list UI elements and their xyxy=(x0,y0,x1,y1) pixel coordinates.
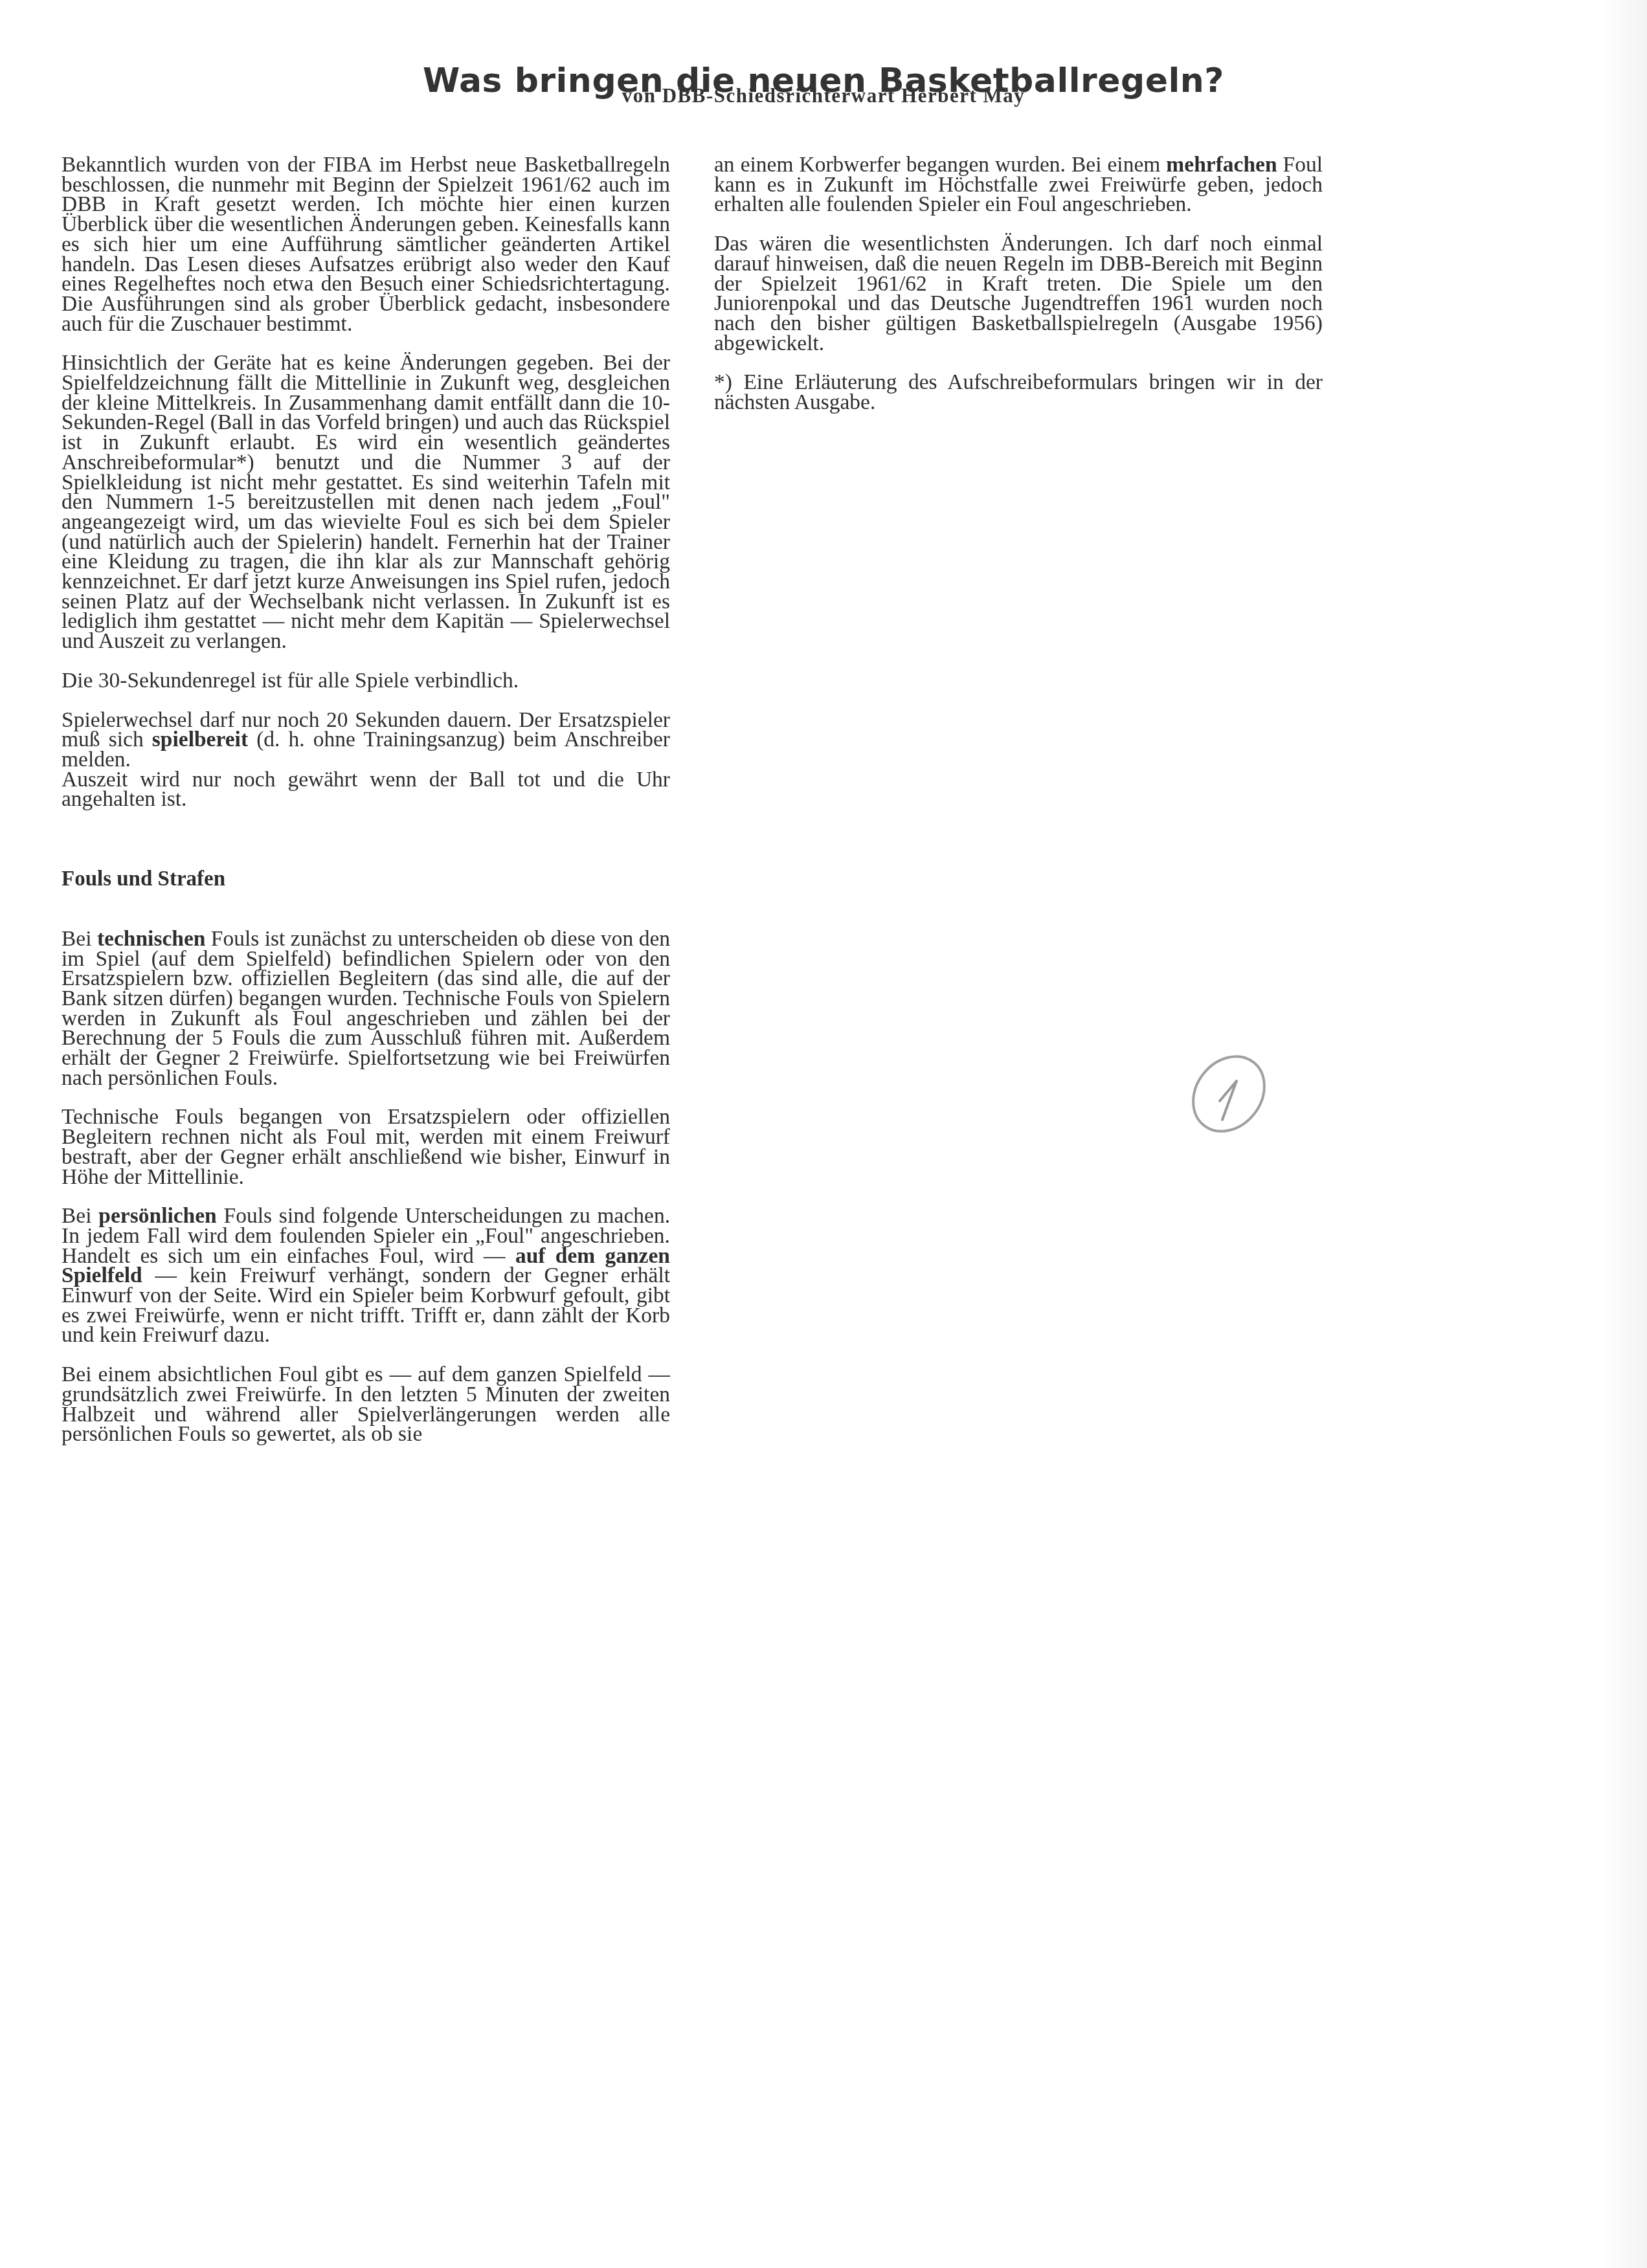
text-run: Fouls ist zunächst zu unterscheiden ob d… xyxy=(62,927,670,1090)
circled-one-icon xyxy=(1182,1047,1279,1138)
personal-fouls-paragraph: Bei persönlichen Fouls sind folgende Unt… xyxy=(62,1206,670,1346)
substitution-paragraph: Spielerwechsel darf nur noch 20 Sekunden… xyxy=(62,711,670,810)
right-column: an einem Korbwerfer begangen wurden. Bei… xyxy=(714,155,1323,432)
thirty-second-rule-paragraph: Die 30-Sekundenregel ist für alle Spiele… xyxy=(62,671,670,691)
multiple-foul-paragraph: an einem Korbwerfer begangen wurden. Bei… xyxy=(714,155,1323,215)
intentional-foul-paragraph: Bei einem absichtlichen Foul gibt es — a… xyxy=(62,1365,670,1445)
equipment-paragraph: Hinsichtlich der Geräte hat es keine Änd… xyxy=(62,353,670,652)
conclusion-paragraph: Das wären die wesentlichsten Änderungen.… xyxy=(714,234,1323,353)
section-heading: Fouls und Strafen xyxy=(62,869,670,889)
text-run: — kein Freiwurf verhängt, sondern der Ge… xyxy=(62,1263,670,1347)
intro-paragraph: Bekanntlich wurden von der FIBA im Herbs… xyxy=(62,155,670,334)
scan-edge-shadow xyxy=(1600,0,1647,2268)
left-column: Bekanntlich wurden von der FIBA im Herbs… xyxy=(62,155,670,1464)
substitute-fouls-paragraph: Technische Fouls begangen von Ersatzspie… xyxy=(62,1107,670,1187)
footnote: *) Eine Erläuterung des Aufschreibeformu… xyxy=(714,373,1323,412)
technical-fouls-paragraph: Bei technischen Fouls ist zunächst zu un… xyxy=(62,929,670,1089)
article-byline: von DBB-Schiedsrichterwart Herbert May xyxy=(0,84,1647,107)
bold-term: spielbereit xyxy=(152,728,248,751)
handwritten-page-number-annotation xyxy=(1182,1047,1279,1138)
timeout-sentence: Auszeit wird nur noch gewährt wenn der B… xyxy=(62,768,670,812)
